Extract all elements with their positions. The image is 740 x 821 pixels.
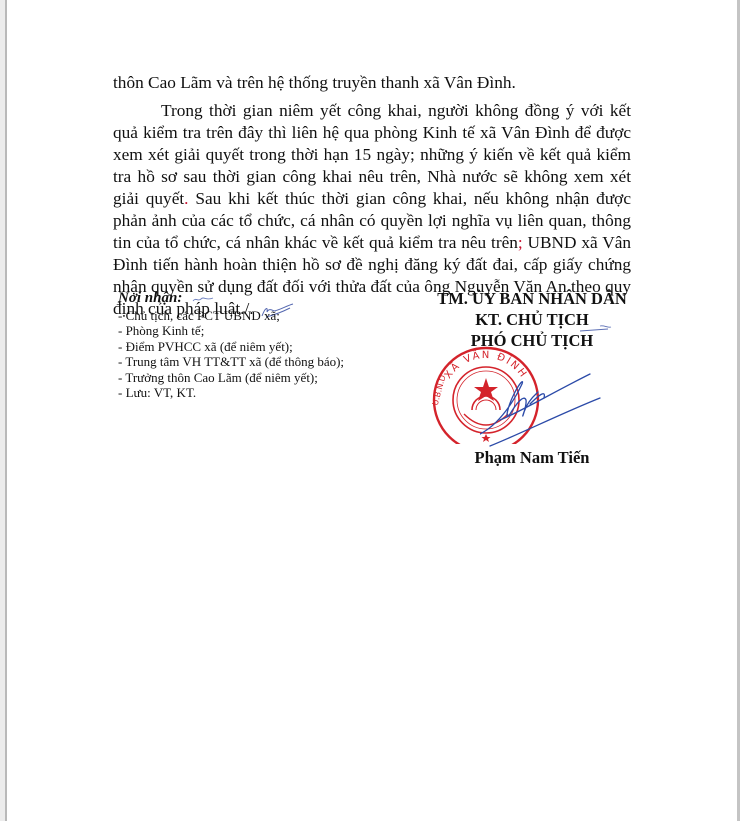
sign-title-line-2: KT. CHỦ TỊCH bbox=[412, 309, 652, 330]
svg-text:U.B.N.D: U.B.N.D bbox=[431, 374, 448, 406]
recipients-block: Nơi nhận: - Chủ tịch, các PCT UBND xã;- … bbox=[118, 290, 418, 401]
page-edge-left bbox=[5, 0, 7, 821]
initials-mark-icon bbox=[192, 295, 214, 303]
document-body: thôn Cao Lãm và trên hệ thống truyền tha… bbox=[113, 72, 631, 320]
recipient-item: - Chủ tịch, các PCT UBND xã; bbox=[118, 308, 418, 324]
signature-title-block: TM. ỦY BAN NHÂN DÂN KT. CHỦ TỊCH PHÓ CHỦ… bbox=[412, 288, 652, 351]
recipients-list: - Chủ tịch, các PCT UBND xã;- Phòng Kinh… bbox=[118, 308, 418, 401]
recipient-item: - Trưởng thôn Cao Lãm (để niêm yết); bbox=[118, 370, 418, 386]
recipient-item: - Lưu: VT, KT. bbox=[118, 385, 418, 401]
paragraph-text: thôn Cao Lãm và trên hệ thống truyền tha… bbox=[113, 73, 516, 92]
sign-title-line-1: TM. ỦY BAN NHÂN DÂN bbox=[412, 288, 652, 309]
recipient-item: - Trung tâm VH TT&TT xã (để thông báo); bbox=[118, 354, 418, 370]
paragraph: Trong thời gian niêm yết công khai, ngườ… bbox=[113, 100, 631, 320]
signer-name: Phạm Nam Tiến bbox=[412, 448, 652, 468]
handwritten-signature-icon bbox=[480, 364, 610, 454]
paragraph: thôn Cao Lãm và trên hệ thống truyền tha… bbox=[113, 72, 631, 94]
recipients-title: Nơi nhận: bbox=[118, 291, 182, 307]
initials-mark-icon bbox=[578, 322, 614, 336]
recipient-item: - Điểm PVHCC xã (để niêm yết); bbox=[118, 339, 418, 355]
recipient-item: - Phòng Kinh tế; bbox=[118, 323, 418, 339]
